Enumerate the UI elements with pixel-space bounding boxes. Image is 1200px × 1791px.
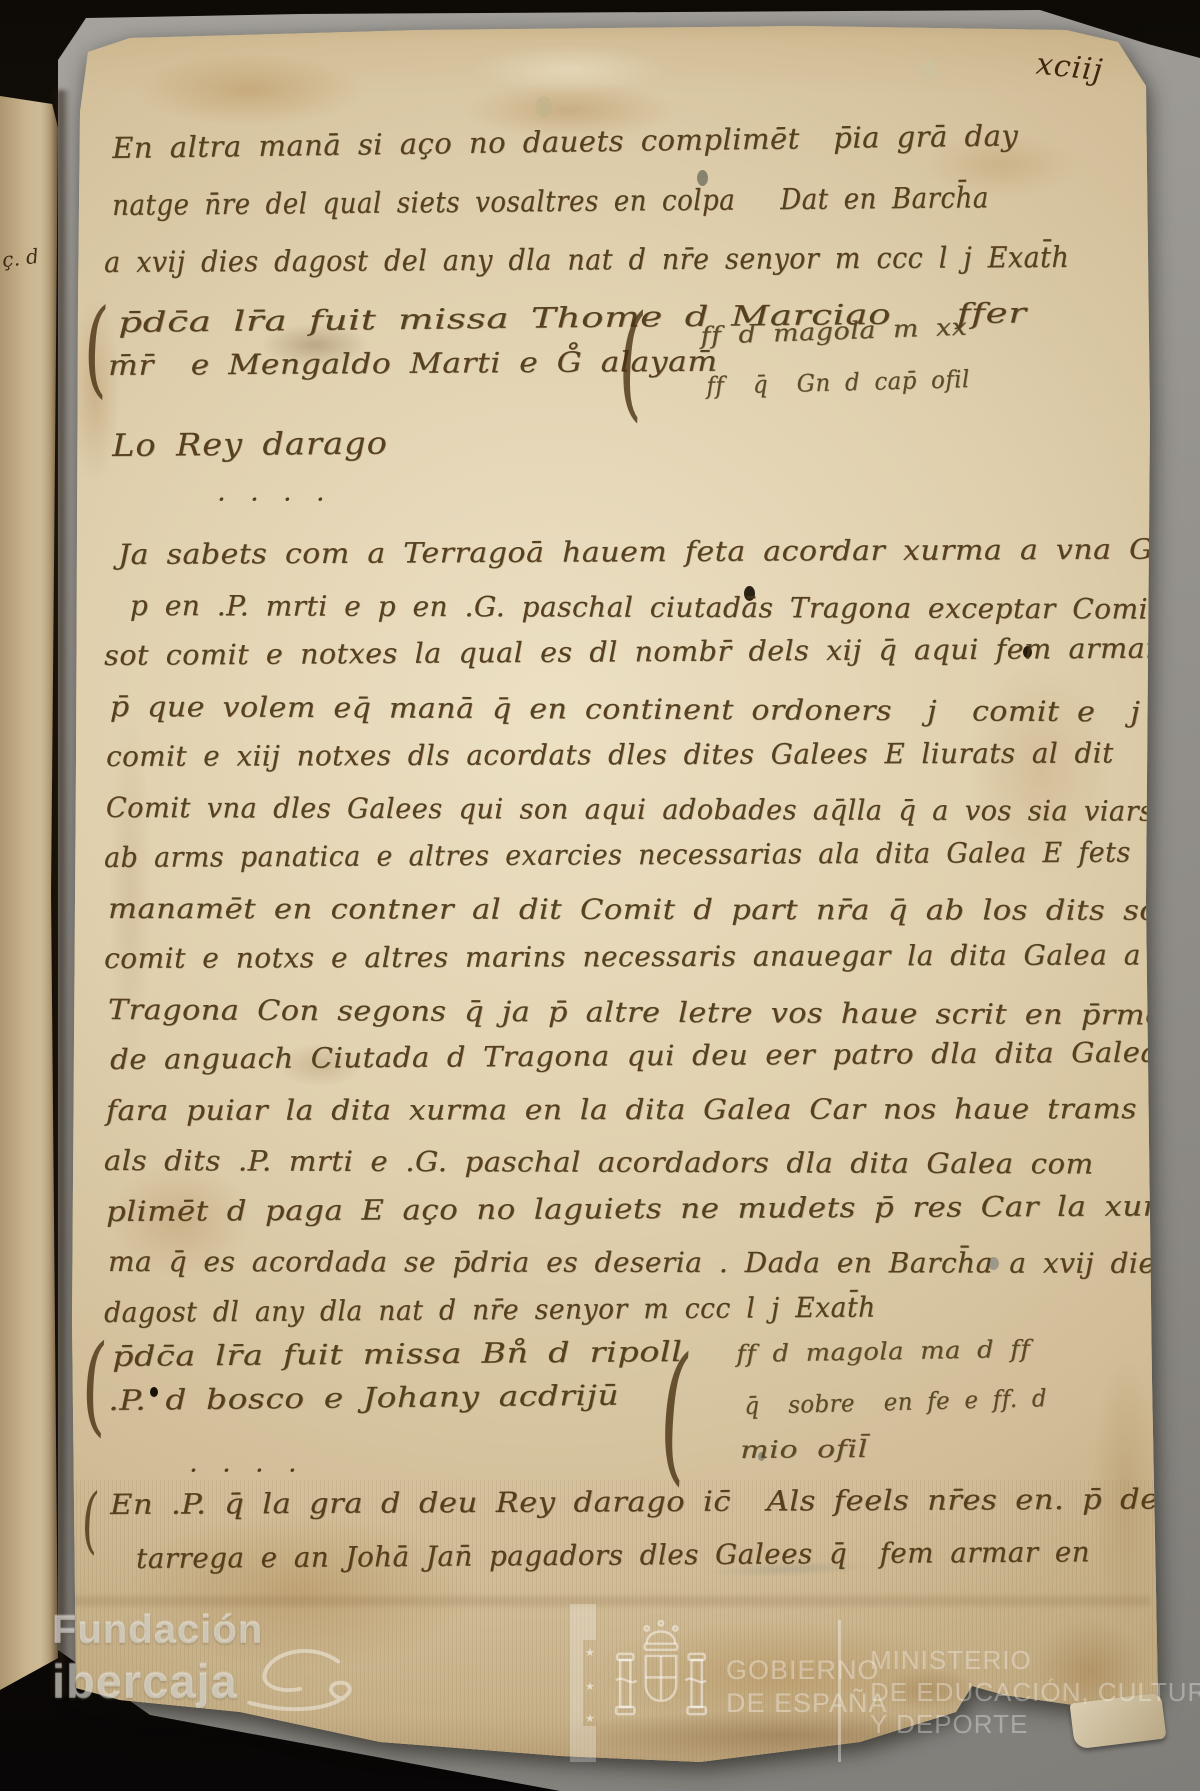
manuscript-line: (: [80, 1480, 101, 1560]
manuscript-line: ff q̄ Gn d cap̄ ofil: [706, 365, 970, 400]
manuscript-line: sot comit e notxes la qual es dl nombr̄ …: [104, 632, 1160, 672]
manuscript-line: comit e notxs e altres marins necessaris…: [104, 938, 1141, 975]
manuscript-line: fara puiar la dita xurma en la dita Gale…: [106, 1092, 1137, 1127]
manuscript-line: .P. d bosco e Johany acdrijū: [108, 1379, 619, 1417]
manuscript-line: ma q̄ es acordada se p̄dria es deseria .…: [108, 1245, 1170, 1280]
manuscript-line: ff d magola ma d ff: [736, 1335, 1031, 1368]
manuscript-line: (: [615, 292, 649, 431]
manuscript-page-wrap: xciij En altra manā si aço no dauets com…: [0, 0, 1200, 1791]
manuscript-line: p̄ que volem eq̄ manā q̄ en continent or…: [110, 690, 1200, 729]
manuscript-line: Lo Rey darago: [112, 426, 388, 464]
manuscript-line: Ja sabets com a Terragoā hauem feta acor…: [118, 532, 1200, 571]
manuscript-scan: ç. d: [0, 0, 1200, 1791]
manuscript-line: dagost dl any dla nat d nr̄e senyor m cc…: [104, 1291, 876, 1329]
manuscript-line: ····: [190, 1458, 322, 1482]
manuscript-line: de anguach Ciutada d Tragona qui deu eer…: [110, 1036, 1158, 1076]
manuscript-line: ab arms panatica e altres exarcies neces…: [104, 836, 1131, 874]
manuscript-line: manamēt en contner al dit Comit d part n…: [108, 892, 1171, 927]
manuscript-text-layer: En altra manā si aço no dauets complimēt…: [0, 0, 1200, 1791]
manuscript-line: tarrega e an Johā Jan̄ pagadors dles Gal…: [136, 1535, 1090, 1575]
manuscript-page: xciij En altra manā si aço no dauets com…: [0, 0, 1200, 1791]
manuscript-line: p en .P. mrti e p en .G. paschal ciutadā…: [130, 589, 1160, 626]
manuscript-line: a xvij dies dagost del any dla nat d nr̄…: [104, 240, 1069, 279]
manuscript-line: plimēt d paga E aço no laguiets ne mudet…: [106, 1189, 1158, 1228]
manuscript-line: (: [82, 290, 111, 406]
manuscript-line: (: [80, 1326, 109, 1446]
manuscript-line: Comit vna dles Galees qui son aqui adoba…: [106, 791, 1154, 828]
manuscript-line: mio ofil̄: [740, 1435, 868, 1464]
manuscript-line: ····: [218, 487, 350, 511]
manuscript-line: p̄dc̄a lr̄a fuit missa Bn̊ d ripoll: [112, 1335, 683, 1373]
manuscript-line: Tragona Con segons q̄ ja p̄ altre letre …: [108, 993, 1164, 1032]
manuscript-line: q̄ sobre en fe e ff. d: [744, 1384, 1047, 1420]
manuscript-line: natge n̄re del qual siets vosaltres en c…: [112, 180, 989, 222]
manuscript-line: En .P. q̄ la gra d deu Rey darago ic̄ Al…: [110, 1483, 1159, 1521]
manuscript-line: En altra manā si aço no dauets complimēt…: [112, 118, 1018, 165]
manuscript-line: comit e xiij notxes dls acordats dles di…: [106, 736, 1114, 773]
manuscript-line: als dits .P. mrti e .G. paschal acordado…: [104, 1144, 1094, 1180]
